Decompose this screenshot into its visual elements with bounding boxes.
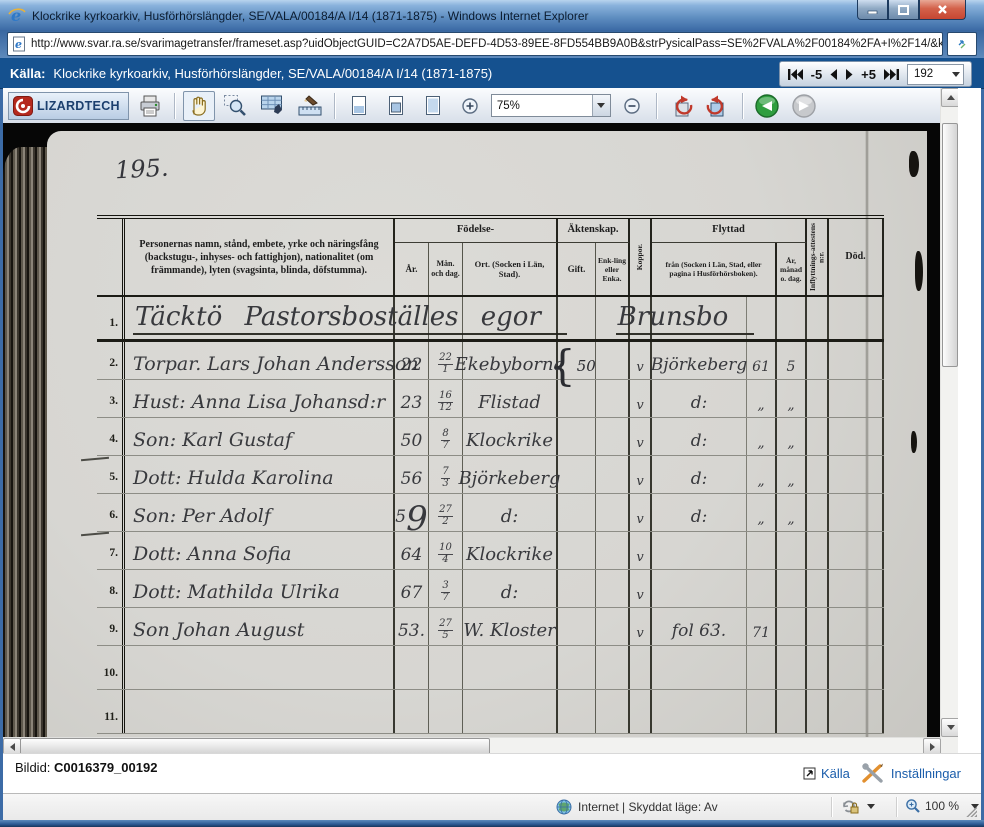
cell-n: 9. — [97, 608, 125, 645]
cell-kop — [630, 690, 652, 733]
cell-md: 275 — [429, 608, 463, 645]
tools-icon — [860, 762, 886, 784]
cell-name: Täcktö Pastorsboställes egor — [125, 297, 395, 339]
cell-kop — [630, 646, 652, 689]
cell-enk — [596, 690, 630, 733]
cell-name — [125, 646, 395, 689]
image-id-value: C0016379_00192 — [54, 760, 157, 775]
vertical-scrollbar[interactable] — [940, 88, 958, 737]
header-smallpox: Koppor. — [630, 219, 652, 295]
cell-infl — [807, 418, 829, 455]
cell-infl — [807, 456, 829, 493]
svg-text:e: e — [15, 38, 22, 51]
cell-enk — [596, 608, 630, 645]
status-divider — [896, 797, 897, 817]
cell-kop: v — [630, 570, 652, 607]
cell-name: Dott: Anna Sofia — [125, 532, 395, 569]
cell-ar2: „ — [777, 380, 807, 417]
zoom-level-value: 75% — [492, 100, 592, 112]
cell-md — [429, 690, 463, 733]
cell-fol — [747, 690, 777, 733]
zoom-level-select[interactable]: 75% — [491, 94, 611, 117]
cell-kop: v — [630, 380, 652, 417]
header-birth-year: År. — [395, 243, 429, 295]
table-row: 7.Dott: Anna Sofia64104Klockrikev — [97, 532, 884, 570]
external-link-icon — [803, 767, 816, 780]
cell-ar2 — [777, 570, 807, 607]
cell-n: 7. — [97, 532, 125, 569]
zoom-select-tool-button[interactable] — [220, 91, 252, 121]
cell-fran: d: — [652, 494, 747, 531]
cell-ort: W. Kloster — [463, 608, 558, 645]
cell-gift — [558, 690, 596, 733]
source-bar: Källa: Klockrike kyrkoarkiv, Husförhörsl… — [0, 58, 984, 89]
status-divider — [831, 797, 832, 817]
page-navigation: -5 +5 192 — [779, 61, 972, 87]
cell-ar2: „ — [777, 418, 807, 455]
table-row: 2.Torpar. Lars Johan Andersson22221Ekeby… — [97, 342, 884, 380]
cell-dod — [829, 297, 884, 339]
header-died: Död. — [829, 219, 884, 295]
rotate-right-icon — [705, 94, 731, 118]
cell-name: Hust: Anna Lisa Johansd:r — [125, 380, 395, 417]
table-row: 5.Dott: Hulda Karolina5673Björkebergvd:„… — [97, 456, 884, 494]
cell-dod — [829, 418, 884, 455]
toolbar-separator — [742, 93, 743, 119]
header-moved-group: Flyttad — [652, 219, 807, 243]
image-id: Bildid: C0016379_00192 — [15, 760, 157, 775]
cell-enk — [596, 532, 630, 569]
cell-infl — [807, 646, 829, 689]
cell-ort: Klockrike — [463, 418, 558, 455]
brace-glyph: { — [549, 345, 576, 387]
security-zone: Internet | Skyddat läge: Av — [556, 799, 718, 815]
hand-icon — [187, 94, 211, 118]
table-row: 9.Son Johan August53.275W. Klostervfol 6… — [97, 608, 884, 646]
cell-md: 37 — [429, 570, 463, 607]
minus-circle-icon — [623, 97, 641, 115]
vertical-scroll-thumb[interactable] — [942, 123, 958, 367]
cell-ar — [395, 646, 429, 689]
cell-ar2 — [777, 690, 807, 733]
cell-fol: „ — [747, 456, 777, 493]
cell-infl — [807, 380, 829, 417]
next-page-button[interactable] — [845, 68, 854, 81]
pan-tool-button[interactable] — [183, 91, 215, 121]
source-label: Källa: — [10, 66, 45, 81]
header-birth-group: Födelse- — [395, 219, 558, 243]
cell-dod — [829, 342, 884, 379]
cell-ort: d: — [463, 570, 558, 607]
chevron-down-icon[interactable] — [867, 804, 875, 809]
cell-name: Son: Per Adolf — [125, 494, 395, 531]
cell-kop: v — [630, 532, 652, 569]
table-row: 3.Hust: Anna Lisa Johansd:r231612Flistad… — [97, 380, 884, 418]
cell-name: Torpar. Lars Johan Andersson — [125, 342, 395, 379]
cell-fol: 61 — [747, 342, 777, 379]
book-page-edges — [3, 147, 47, 737]
cell-dod — [829, 456, 884, 493]
cell-n: 4. — [97, 418, 125, 455]
cell-ar2: „ — [777, 456, 807, 493]
settings-link[interactable]: Inställningar — [860, 762, 961, 784]
marriage-brace-note: { 50 — [549, 345, 596, 387]
cell-ar — [395, 690, 429, 733]
cell-name: Dott: Hulda Karolina — [125, 456, 395, 493]
page-fit-width-icon — [348, 94, 370, 118]
pan-zoom-window-tool-button[interactable] — [257, 91, 289, 121]
cell-enk — [596, 342, 630, 379]
header-row-number — [97, 219, 125, 295]
cell-n: 1. — [97, 297, 125, 339]
document-viewer[interactable]: 195. Personernas namn, stånd, embete, yr… — [3, 123, 941, 737]
cell-kop: v — [630, 456, 652, 493]
cell-enk — [596, 456, 630, 493]
header-names: Personernas namn, stånd, embete, yrke oc… — [125, 219, 395, 295]
marriage-year: 50 — [577, 357, 596, 375]
cell-fol: „ — [747, 418, 777, 455]
cell-md: 272 — [429, 494, 463, 531]
cell-fran: Brunsbo — [652, 297, 747, 339]
cell-ort — [463, 690, 558, 733]
cell-gift — [558, 532, 596, 569]
back-button[interactable] — [751, 91, 783, 121]
cell-fran: d: — [652, 418, 747, 455]
settings-link-label: Inställningar — [891, 766, 961, 781]
cell-ar: 56 — [395, 456, 429, 493]
fit-page-button[interactable] — [380, 91, 412, 121]
cell-fol — [747, 570, 777, 607]
header-moved-from: från (Socken i Län, Stad, eller pagina i… — [652, 243, 777, 295]
window-title: Klockrike kyrkoarkiv, Husförhörslängder,… — [32, 9, 589, 23]
cell-infl — [807, 494, 829, 531]
cell-md: 104 — [429, 532, 463, 569]
cell-gift — [558, 608, 596, 645]
cell-n: 3. — [97, 380, 125, 417]
folio-number: 195. — [114, 154, 169, 185]
right-margin — [958, 88, 981, 753]
page-select-value: 192 — [914, 68, 933, 80]
cell-ar2 — [777, 532, 807, 569]
title-bar[interactable]: e Klockrike kyrkoarkiv, Husförhörslängde… — [0, 0, 984, 31]
cell-fran — [652, 532, 747, 569]
table-row: 8.Dott: Mathilda Ulrika6737d:v — [97, 570, 884, 608]
rotate-left-button[interactable] — [665, 91, 697, 121]
toolbar-separator — [174, 93, 175, 119]
cell-n: 6. — [97, 494, 125, 531]
cell-fran — [652, 570, 747, 607]
cell-dod — [829, 690, 884, 733]
cell-kop: v — [630, 494, 652, 531]
source-title: Klockrike kyrkoarkiv, Husförhörslängder,… — [53, 66, 492, 81]
cell-n: 2. — [97, 342, 125, 379]
header-birth-month-day: Mån. och dag. — [429, 243, 463, 295]
table-header: Personernas namn, stånd, embete, yrke oc… — [97, 215, 884, 297]
cell-enk — [596, 494, 630, 531]
cell-ar: 53. — [395, 608, 429, 645]
cell-ar: 67 — [395, 570, 429, 607]
address-bar-row: e http://www.svar.ra.se/svarimagetransfe… — [0, 30, 984, 58]
cell-md — [429, 646, 463, 689]
cell-name: Son Johan August — [125, 608, 395, 645]
cell-fran: d: — [652, 456, 747, 493]
security-zone-text: Internet | Skyddat läge: Av — [578, 800, 718, 814]
cell-ar2: 5 — [777, 342, 807, 379]
table-row: 11. — [97, 690, 884, 734]
cell-ort — [463, 646, 558, 689]
cell-md: 87 — [429, 418, 463, 455]
cell-infl — [807, 532, 829, 569]
chevron-down-icon[interactable] — [592, 95, 610, 116]
header-married: Gift. — [558, 243, 596, 295]
actual-size-button[interactable] — [417, 91, 449, 121]
table-row: 10. — [97, 646, 884, 690]
lizardtech-brand-text: LIZARDTECH — [37, 99, 120, 113]
table-row: 1.Täcktö Pastorsboställes egorBrunsbo — [97, 297, 884, 342]
source-link-label: Källa — [821, 766, 850, 781]
cell-enk — [596, 380, 630, 417]
address-input[interactable]: e http://www.svar.ra.se/svarimagetransfe… — [7, 32, 943, 56]
cell-fran: fol 63. — [652, 608, 747, 645]
zoom-out-button[interactable] — [616, 91, 648, 121]
cell-dod — [829, 532, 884, 569]
page-actual-size-icon — [422, 94, 444, 118]
maximize-button[interactable] — [888, 0, 919, 20]
cell-infl — [807, 690, 829, 733]
table-row: 4.Son: Karl Gustaf5087Klockrikevd:„„ — [97, 418, 884, 456]
cell-fran: Björkeberg — [652, 342, 747, 379]
cell-enk — [596, 646, 630, 689]
header-widowed: Enk-ling eller Enka. — [596, 243, 630, 295]
toolbar-separator — [334, 93, 335, 119]
cell-kop: v — [630, 342, 652, 379]
cell-dod — [829, 570, 884, 607]
forward-button[interactable] — [788, 91, 820, 121]
cell-gift — [558, 570, 596, 607]
cell-n: 5. — [97, 456, 125, 493]
url-text: http://www.svar.ra.se/svarimagetransfer/… — [31, 38, 942, 50]
cell-fran — [652, 690, 747, 733]
horizontal-scrollbar[interactable] — [3, 737, 941, 754]
rotate-left-icon — [668, 94, 694, 118]
cell-n: 11. — [97, 690, 125, 733]
cell-fol: „ — [747, 494, 777, 531]
cell-name — [125, 690, 395, 733]
ie-logo-icon: e — [8, 7, 26, 25]
chevron-down-icon — [952, 72, 960, 77]
cell-ort: Ekebyborna — [463, 342, 558, 379]
screen-hand-icon — [260, 94, 286, 118]
cell-ar2 — [777, 646, 807, 689]
cell-fol — [747, 646, 777, 689]
last-page-button[interactable] — [883, 68, 900, 81]
go-refresh-button[interactable] — [947, 32, 977, 56]
forward-circle-icon — [791, 93, 817, 119]
cell-md: 1612 — [429, 380, 463, 417]
page-fit-window-icon — [385, 94, 407, 118]
cell-kop: v — [630, 418, 652, 455]
zoom-magnifier-icon — [905, 798, 921, 814]
resize-grip[interactable] — [964, 804, 977, 817]
table-row: 6.Son: Per Adolf59272d:vd:„„ — [97, 494, 884, 532]
source-link[interactable]: Källa — [803, 766, 850, 781]
cell-fol — [747, 297, 777, 339]
cell-n: 10. — [97, 646, 125, 689]
cell-ar2: „ — [777, 494, 807, 531]
cell-ort: Flistad — [463, 380, 558, 417]
cell-dod — [829, 494, 884, 531]
cell-fran — [652, 646, 747, 689]
cell-ar: 59 — [395, 494, 429, 531]
header-moved-date: År, månad o. dag. — [777, 243, 807, 295]
ie-window: e Klockrike kyrkoarkiv, Husförhörslängde… — [0, 0, 984, 827]
viewer-toolbar: LIZARDTECH — [3, 88, 941, 124]
scanned-page: 195. Personernas namn, stånd, embete, yr… — [47, 131, 927, 737]
cell-infl — [807, 608, 829, 645]
scan-blotch — [909, 151, 919, 177]
cell-fol: 71 — [747, 608, 777, 645]
print-button[interactable] — [134, 91, 166, 121]
first-page-button[interactable] — [787, 68, 804, 81]
compatibility-segment[interactable] — [841, 798, 875, 815]
magnifier-select-icon — [223, 94, 248, 118]
forward-5-button[interactable]: +5 — [861, 67, 876, 82]
cell-fol — [747, 532, 777, 569]
cell-infl — [807, 342, 829, 379]
cell-enk — [596, 418, 630, 455]
scrollbar-corner — [941, 737, 958, 753]
window-controls — [857, 0, 966, 20]
cell-dod — [829, 380, 884, 417]
measure-tool-button[interactable] — [294, 91, 326, 121]
cell-gift — [558, 418, 596, 455]
cell-infl — [807, 570, 829, 607]
lizardtech-icon — [13, 96, 33, 116]
ruler-pencil-icon — [297, 94, 323, 118]
cell-name: Son: Karl Gustaf — [125, 418, 395, 455]
globe-icon — [556, 799, 572, 815]
printer-icon — [138, 95, 162, 117]
cell-gift — [558, 646, 596, 689]
cell-ort: Björkeberg — [463, 456, 558, 493]
previous-page-button[interactable] — [829, 68, 838, 81]
header-birth-place: Ort. (Socken i Län, Stad). — [463, 243, 558, 295]
plus-circle-icon — [461, 97, 479, 115]
minimize-button[interactable] — [857, 0, 888, 20]
lizardtech-logo[interactable]: LIZARDTECH — [8, 92, 129, 120]
page-icon: e — [12, 36, 26, 52]
cell-ort: Klockrike — [463, 532, 558, 569]
cell-ort: d: — [463, 494, 558, 531]
rotate-right-button[interactable] — [702, 91, 734, 121]
status-bar: Internet | Skyddat läge: Av 100 % — [3, 793, 981, 821]
image-info-bar: Bildid: C0016379_00192 Källa Inställning… — [3, 753, 981, 794]
cell-dod — [829, 608, 884, 645]
cell-dod — [829, 646, 884, 689]
browser-zoom-value: 100 % — [925, 799, 959, 813]
scan-blotch — [915, 251, 923, 291]
cell-fran: d: — [652, 380, 747, 417]
record-table: Personernas namn, stånd, embete, yrke oc… — [97, 215, 884, 734]
image-id-label: Bildid: — [15, 760, 50, 775]
page-select[interactable]: 192 — [907, 64, 964, 85]
cell-gift — [558, 456, 596, 493]
cell-ar: 64 — [395, 532, 429, 569]
header-certificate-number: Inflyttnings-attestens n:r. — [807, 219, 829, 295]
cell-fol: „ — [747, 380, 777, 417]
header-marriage-group: Äktenskap. — [558, 219, 630, 243]
cell-ar2 — [777, 297, 807, 339]
back-circle-icon — [754, 93, 780, 119]
refresh-lock-icon — [841, 798, 861, 815]
back-5-button[interactable]: -5 — [811, 67, 823, 82]
cell-ar2 — [777, 608, 807, 645]
info-links: Källa Inställningar — [803, 762, 961, 784]
cell-n: 8. — [97, 570, 125, 607]
close-button[interactable] — [919, 0, 966, 20]
toolbar-separator — [656, 93, 657, 119]
window-bottom-border — [0, 820, 984, 827]
table-body: 1.Täcktö Pastorsboställes egorBrunsbo2.T… — [97, 297, 884, 734]
cell-ar: 50 — [395, 418, 429, 455]
scan-blotch — [911, 431, 917, 453]
fit-width-button[interactable] — [343, 91, 375, 121]
cell-infl — [807, 297, 829, 339]
zoom-in-button[interactable] — [454, 91, 486, 121]
cell-kop: v — [630, 608, 652, 645]
cell-name: Dott: Mathilda Ulrika — [125, 570, 395, 607]
cell-enk — [596, 570, 630, 607]
cell-ar: 23 — [395, 380, 429, 417]
cell-gift — [558, 494, 596, 531]
